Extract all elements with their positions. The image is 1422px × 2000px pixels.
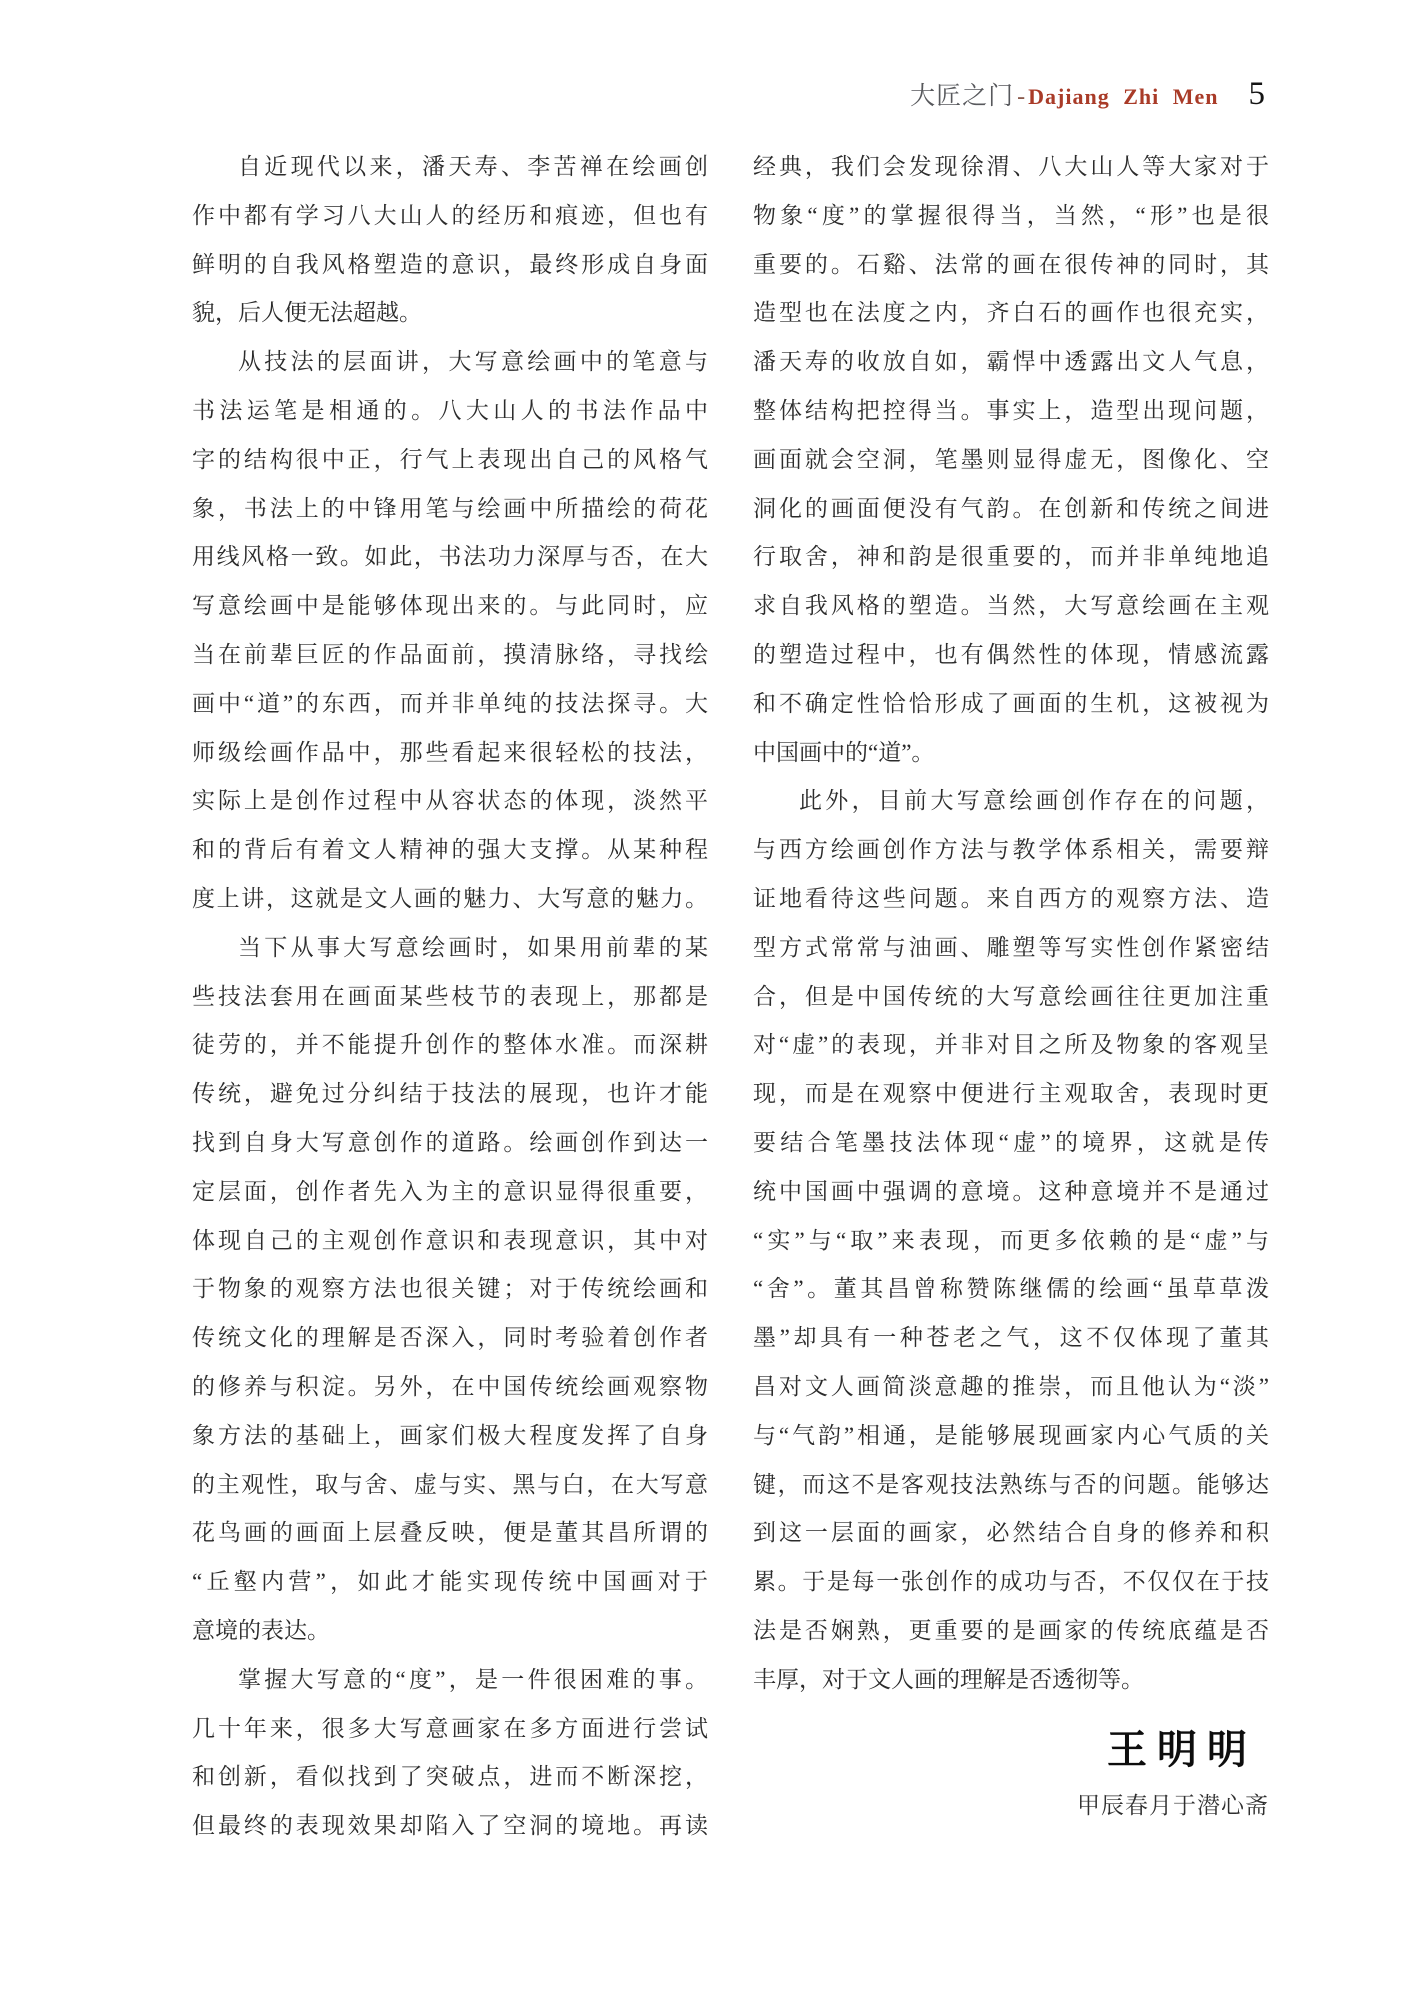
text-line: 造型也在法度之内，齐白石的画作也很充实， — [753, 289, 1269, 338]
text-line: 度上讲，这就是文人画的魅力、大写意的魅力。 — [192, 875, 708, 924]
text-line: 统中国画中强调的意境。这种意境并不是通过 — [753, 1168, 1269, 1217]
text-line: 体现自己的主观创作意识和表现意识，其中对 — [192, 1217, 708, 1266]
text-line: 书法运笔是相通的。八大山人的书法作品中 — [192, 387, 708, 436]
text-line: 型方式常常与油画、雕塑等写实性创作紧密结 — [753, 924, 1269, 973]
left-column: 自近现代以来，潘天寿、李苦禅在绘画创作中都有学习八大山人的经历和痕迹，但也有鲜明… — [192, 143, 708, 1851]
text-line: 传统文化的理解是否深入，同时考验着创作者 — [192, 1314, 708, 1363]
text-line: 实际上是创作过程中从容状态的体现，淡然平 — [192, 777, 708, 826]
signature-block: 王明明 甲辰春月于潜心斋 — [753, 1726, 1269, 1820]
text-line: 的修养与积淀。另外，在中国传统绘画观察物 — [192, 1363, 708, 1412]
author-signature: 王明明 — [753, 1726, 1257, 1774]
text-line: 定层面，创作者先入为主的意识显得很重要， — [192, 1168, 708, 1217]
text-line: 累。于是每一张创作的成功与否，不仅仅在于技 — [753, 1558, 1269, 1607]
text-line: 但最终的表现效果却陷入了空洞的境地。再读 — [192, 1802, 708, 1851]
text-line: 对“虚”的表现，并非对目之所及物象的客观呈 — [753, 1021, 1269, 1070]
right-column: 经典，我们会发现徐渭、八大山人等大家对于物象“度”的掌握很得当，当然，“形”也是… — [753, 143, 1269, 1705]
text-line: 字的结构很中正，行气上表现出自己的风格气 — [192, 436, 708, 485]
text-line: 的主观性，取与舍、虚与实、黑与白，在大写意 — [192, 1461, 708, 1510]
text-line: 画中“道”的东西，而并非单纯的技法探寻。大 — [192, 680, 708, 729]
text-line: 象，书法上的中锋用笔与绘画中所描绘的荷花 — [192, 485, 708, 534]
magazine-page: 大匠之门 - Dajiang Zhi Men 5 自近现代以来，潘天寿、李苦禅在… — [0, 0, 1422, 2000]
text-line: 当下从事大写意绘画时，如果用前辈的某 — [192, 924, 708, 973]
text-line: 象方法的基础上，画家们极大程度发挥了自身 — [192, 1412, 708, 1461]
text-line: 传统，避免过分纠结于技法的展现，也许才能 — [192, 1070, 708, 1119]
text-line: 徒劳的，并不能提升创作的整体水准。而深耕 — [192, 1021, 708, 1070]
text-line: 花鸟画的画面上层叠反映，便是董其昌所谓的 — [192, 1509, 708, 1558]
text-line: 和的背后有着文人精神的强大支撑。从某种程 — [192, 826, 708, 875]
text-line: 键，而这不是客观技法熟练与否的问题。能够达 — [753, 1461, 1269, 1510]
text-line: 鲜明的自我风格塑造的意识，最终形成自身面 — [192, 241, 708, 290]
text-line: 与“气韵”相通，是能够展现画家内心气质的关 — [753, 1412, 1269, 1461]
text-line: 当在前辈巨匠的作品面前，摸清脉络，寻找绘 — [192, 631, 708, 680]
text-line: 经典，我们会发现徐渭、八大山人等大家对于 — [753, 143, 1269, 192]
text-line: 现，而是在观察中便进行主观取舍，表现时更 — [753, 1070, 1269, 1119]
header-title-cn: 大匠之门 — [910, 76, 1014, 112]
text-line: 整体结构把控得当。事实上，造型出现问题， — [753, 387, 1269, 436]
text-line: 自近现代以来，潘天寿、李苦禅在绘画创 — [192, 143, 708, 192]
text-line: 些技法套用在画面某些枝节的表现上，那都是 — [192, 973, 708, 1022]
text-line: “丘壑内营”，如此才能实现传统中国画对于 — [192, 1558, 708, 1607]
text-line: 几十年来，很多大写意画家在多方面进行尝试 — [192, 1705, 708, 1754]
text-line: 和创新，看似找到了突破点，进而不断深挖， — [192, 1753, 708, 1802]
header-title-en: Dajiang Zhi Men — [1028, 84, 1218, 110]
text-line: 作中都有学习八大山人的经历和痕迹，但也有 — [192, 192, 708, 241]
page-number: 5 — [1249, 76, 1266, 113]
text-line: 找到自身大写意创作的道路。绘画创作到达一 — [192, 1119, 708, 1168]
text-line: 墨”却具有一种苍老之气，这不仅体现了董其 — [753, 1314, 1269, 1363]
text-line: 求自我风格的塑造。当然，大写意绘画在主观 — [753, 582, 1269, 631]
text-line: 写意绘画中是能够体现出来的。与此同时，应 — [192, 582, 708, 631]
text-line: 此外，目前大写意绘画创作存在的问题， — [753, 777, 1269, 826]
text-line: 重要的。石谿、法常的画在很传神的同时，其 — [753, 241, 1269, 290]
text-line: 丰厚，对于文人画的理解是否透彻等。 — [753, 1656, 1269, 1705]
text-line: 物象“度”的掌握很得当，当然，“形”也是很 — [753, 192, 1269, 241]
text-line: 潘天寿的收放自如，霸悍中透露出文人气息， — [753, 338, 1269, 387]
text-line: “实”与“取”来表现，而更多依赖的是“虚”与 — [753, 1217, 1269, 1266]
header-separator: - — [1017, 84, 1025, 111]
text-line: 和不确定性恰恰形成了画面的生机，这被视为 — [753, 680, 1269, 729]
signature-dateline: 甲辰春月于潜心斋 — [753, 1792, 1269, 1820]
text-line: 证地看待这些问题。来自西方的观察方法、造 — [753, 875, 1269, 924]
text-line: 的塑造过程中，也有偶然性的体现，情感流露 — [753, 631, 1269, 680]
text-line: 掌握大写意的“度”，是一件很困难的事。 — [192, 1656, 708, 1705]
text-line: 洞化的画面便没有气韵。在创新和传统之间进 — [753, 485, 1269, 534]
text-line: 用线风格一致。如此，书法功力深厚与否，在大 — [192, 533, 708, 582]
text-line: 要结合笔墨技法体现“虚”的境界，这就是传 — [753, 1119, 1269, 1168]
text-line: “舍”。董其昌曾称赞陈继儒的绘画“虽草草泼 — [753, 1265, 1269, 1314]
text-line: 到这一层面的画家，必然结合自身的修养和积 — [753, 1509, 1269, 1558]
text-line: 合，但是中国传统的大写意绘画往往更加注重 — [753, 973, 1269, 1022]
text-line: 画面就会空洞，笔墨则显得虚无，图像化、空 — [753, 436, 1269, 485]
text-line: 与西方绘画创作方法与教学体系相关，需要辩 — [753, 826, 1269, 875]
text-line: 貌，后人便无法超越。 — [192, 289, 708, 338]
text-line: 昌对文人画简淡意趣的推崇，而且他认为“淡” — [753, 1363, 1269, 1412]
text-line: 师级绘画作品中，那些看起来很轻松的技法， — [192, 729, 708, 778]
text-line: 于物象的观察方法也很关键；对于传统绘画和 — [192, 1265, 708, 1314]
text-line: 行取舍，神和韵是很重要的，而并非单纯地追 — [753, 533, 1269, 582]
text-line: 从技法的层面讲，大写意绘画中的笔意与 — [192, 338, 708, 387]
text-line: 中国画中的“道”。 — [753, 729, 1269, 778]
text-line: 意境的表达。 — [192, 1607, 708, 1656]
running-head: 大匠之门 - Dajiang Zhi Men 5 — [910, 76, 1265, 113]
text-line: 法是否娴熟，更重要的是画家的传统底蕴是否 — [753, 1607, 1269, 1656]
